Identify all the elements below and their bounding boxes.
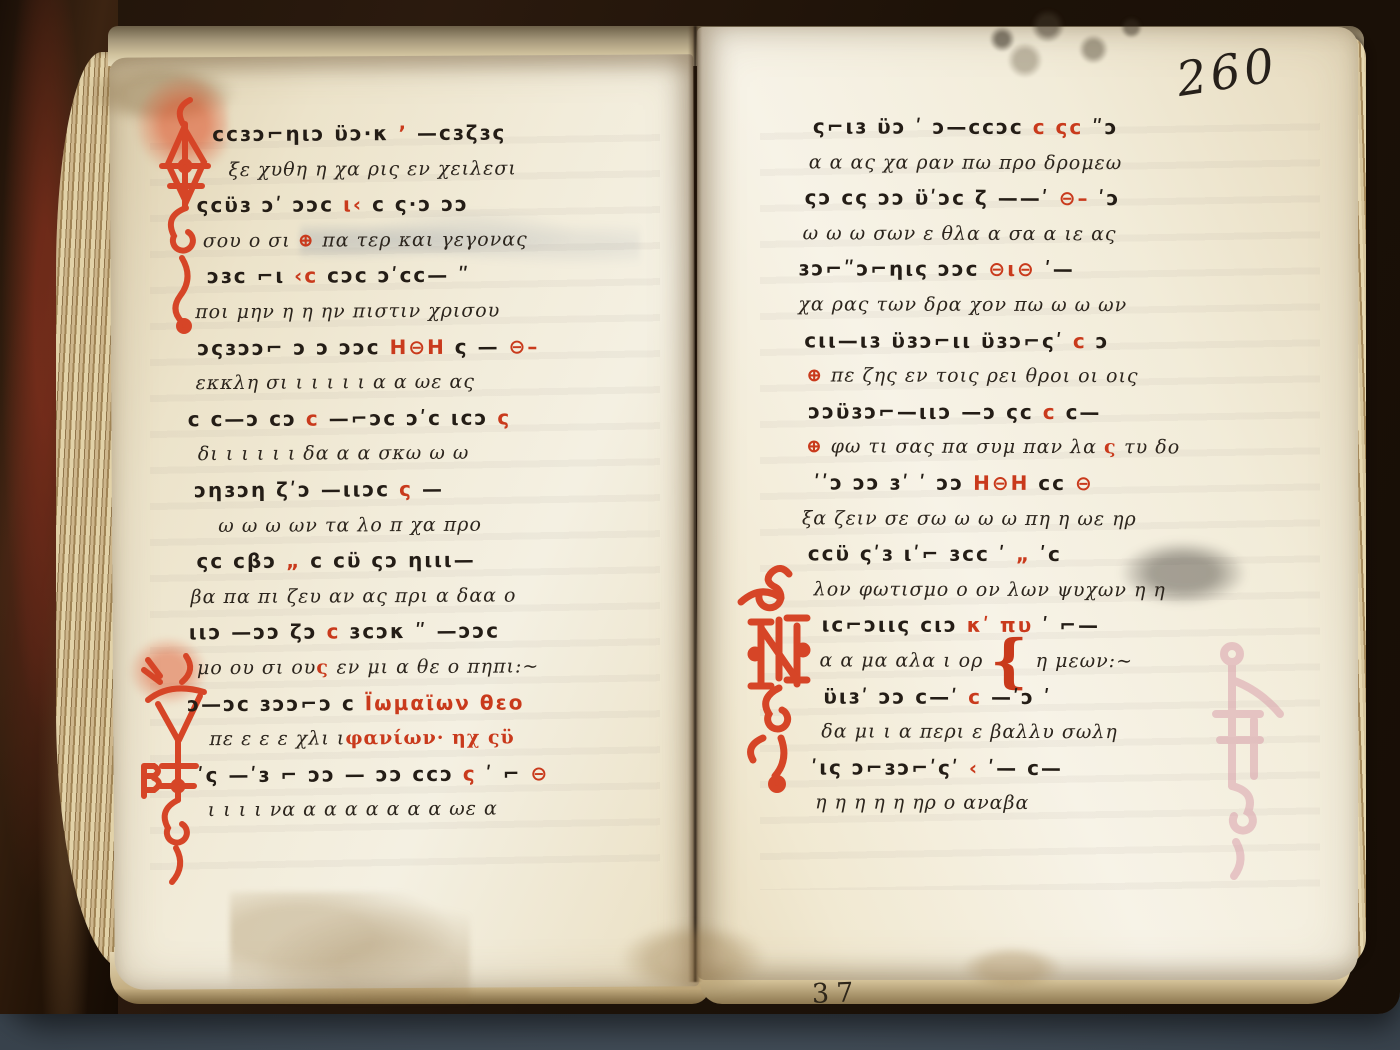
neume-line: ςɔ cς ɔɔ ϋʹɔc ζ ——ʹ ⊖– ʹɔ: [799, 181, 1279, 218]
lyric-line: λον φωτισμο ο ον λων ψυχων η η: [798, 572, 1278, 609]
rubric-segment: ⊖: [521, 761, 549, 785]
ink-segment: πε ζης εν τοις ρει θροι οι οις: [831, 365, 1139, 388]
ink-segment: ʹις ɔ⌐ɜɔ⌐ʹςʹ: [811, 755, 969, 779]
rubric-segment: c: [1073, 329, 1096, 353]
lyric-line: εκκλη σι ι ι ι ι ι α α ωε ας: [177, 364, 663, 402]
neume-line: ςc cβɔ „ c cϋ ςɔ ηιιι—: [178, 542, 664, 580]
ink-segment: ɜɔ⌐ʺɔ⌐ηις ɔɔc: [798, 257, 988, 281]
right-page-text-block: ς⌐ιɜ ϋɔ ʹ ɔ—ccɔc c ςc ʺɔα α ας χα ραν πω…: [797, 109, 1279, 822]
ink-segment: ɜcɔκ ʺ —ɔɔc: [349, 619, 500, 644]
ink-segment: ʹ— c—: [988, 756, 1063, 780]
ink-segment: δα μι ι α περι ε βαλλυ σωλη: [821, 721, 1118, 744]
ink-segment: βα πα πι ζευ αν ας πρι α δαα ο: [191, 584, 517, 608]
left-page-text-block: ccɜɔ⌐ηιɔ ϋɔ·κ ʼ —cɜζɜςξε χυθη η χα ρις ε…: [176, 115, 666, 829]
rubric-segment: ‹: [969, 756, 988, 780]
ink-segment: cc: [1038, 471, 1075, 495]
ink-segment: χα ρας των δρα χον πω ω ω ων: [798, 293, 1127, 316]
ink-segment: —cɜζɜς: [417, 121, 506, 145]
ink-segment: ʹ—: [1036, 257, 1075, 281]
ink-segment: ʹ ⌐—: [1033, 613, 1100, 637]
neume-line: ccϋ ςʹɜ ιʹ⌐ ɜcc ʹ „ ʹc: [798, 536, 1278, 573]
ink-segment: —: [422, 477, 444, 501]
rubric-segment: ‹c: [294, 264, 327, 288]
ink-segment: cιι—ιɜ ϋɜɔ⌐ιι ϋɜɔ⌐ςʹ: [804, 328, 1073, 353]
lyric-line: α α μα αλα ι ορ { η μεων:~: [797, 643, 1277, 680]
ink-segment: ιc⌐ɔιις cιɔ: [822, 613, 967, 637]
rubric-segment: c: [1043, 400, 1066, 424]
rubric-segment: ⊕: [806, 436, 831, 458]
ink-segment: μο ου σι ου: [197, 656, 316, 679]
lyric-line: πε ε ε ε χλι ιφανίων· ηχ ςϋ: [179, 720, 665, 758]
rubric-segment: Η⊖Η: [389, 334, 454, 358]
ink-segment: c ς·ɔ ɔɔ: [372, 192, 469, 217]
ink-segment: ʹɔ: [1089, 186, 1120, 210]
ink-segment: ςc cβɔ: [196, 549, 286, 573]
ink-segment: ςcϋɜ ɔʹ ɔɔc: [197, 193, 344, 218]
neume-line: ιιɔ —ɔɔ ζɔ c ɜcɔκ ʺ —ɔɔc: [179, 613, 665, 651]
ink-segment: ɔ: [1096, 329, 1110, 353]
ink-segment: δι ι ι ι ι ι δα α α σκω ω ω: [198, 442, 470, 465]
ink-segment: εν μι α θε ο πηπι:~: [336, 655, 539, 678]
lyric-line: η η η η η ηρ ο αναβα: [797, 786, 1277, 823]
ink-segment: τυ δο: [1124, 437, 1180, 459]
ink-segment: ξα ζειν σε σω ω ω ω πη η ωε ηρ: [802, 507, 1137, 530]
rubric-segment: „: [286, 549, 310, 573]
ink-segment: η η η η η ηρ ο αναβα: [815, 792, 1029, 815]
lyric-line: ξε χυθη η χα ρις εν χειλεσι: [176, 150, 662, 188]
neume-line: c c—ɔ cɔ c —⌐ɔc ɔʹc ιcɔ ς: [178, 399, 664, 437]
ink-segment: ccϋ ςʹɜ ιʹ⌐ ɜcc ʹ: [808, 542, 1016, 567]
lyric-line: ⊕ φω τι σας πα συμ παν λα ς τυ δο: [798, 430, 1278, 467]
ink-segment: α α μα αλα ι ορ: [819, 649, 990, 671]
lyric-line: ω ω ω ων τα λο π χα προ: [178, 506, 664, 544]
lyric-line: ποι μην η η ην πιστιν χρισου: [177, 293, 663, 331]
neume-line: ιc⌐ɔιις cιɔ κʹ πυ ʹ ⌐—: [798, 608, 1278, 645]
lyric-line: ι ι ι ι να α α α α α α α ωε α: [180, 791, 666, 829]
rubric-segment: ⊕: [298, 229, 323, 251]
neume-line: cιι—ιɜ ϋɜɔ⌐ιι ϋɜɔ⌐ςʹ c ɔ: [798, 323, 1278, 360]
ink-segment: ς —: [455, 334, 500, 358]
lyric-line: ξα ζειν σε σω ω ω ω πη η ωε ηρ: [798, 501, 1278, 538]
rubric-segment: c: [968, 684, 991, 708]
lyric-line: βα πα πι ζευ αν ας πρι α δαα ο: [179, 577, 665, 615]
ink-segment: ι ι ι ι να α α α α α α α ωε α: [208, 798, 498, 822]
neume-line: ς⌐ιɜ ϋɔ ʹ ɔ—ccɔc c ςc ʺɔ: [799, 109, 1279, 146]
rubric-segment: ς: [399, 477, 422, 501]
lyric-line: δι ι ι ι ι ι δα α α σκω ω ω: [178, 435, 664, 473]
ink-segment: ɔɜc ⌐ι: [207, 264, 294, 288]
neume-line: ɔηɜɔη ζʹɔ —ιιɔc ς —: [178, 471, 664, 509]
ink-segment: ξε χυθη η χα ρις εν χειλεσι: [228, 157, 516, 181]
neume-line: ccɜɔ⌐ηιɔ ϋɔ·κ ʼ —cɜζɜς: [176, 115, 662, 153]
lyric-line: α α ας χα ραν πω προ δρομεω: [799, 145, 1279, 182]
ink-segment: ɔ—ɔc ɜɔɔ⌐ɔ c: [187, 691, 365, 716]
rubric-segment: ⊖: [1075, 471, 1094, 495]
lyric-line: μο ου σι ους εν μι α θε ο πηπι:~: [179, 649, 665, 687]
book-gutter: [688, 26, 702, 982]
ink-segment: —⌐ɔc ɔʹc ιcɔ: [329, 405, 489, 430]
rubric-segment: ς: [488, 405, 511, 429]
neume-line: ɔ—ɔc ɜɔɔ⌐ɔ c Ϊωμαϊων θεο: [179, 684, 665, 722]
ink-segment: ω ω ω σων ε θλα α σα α ιε ας: [803, 222, 1117, 245]
lyric-line: ω ω ω σων ε θλα α σα α ιε ας: [799, 216, 1279, 253]
ink-segment: ʹc: [1040, 542, 1062, 566]
ink-segment: ɔɔϋɜɔ⌐—ιιɔ —ɔ ςc: [808, 399, 1043, 424]
rubric-segment: ⊖ι⊖: [988, 257, 1035, 281]
folio-number-bottom: 37: [811, 977, 860, 1010]
ink-segment: ʹ ⌐: [486, 761, 522, 785]
lyric-line: σου ο σι ⊕ πα τερ και γεγονας: [177, 222, 663, 260]
rubric-segment: ς: [463, 761, 486, 785]
ink-segment: φω τι σας πα συμ παν λα: [831, 436, 1104, 459]
neume-line: ɔɔϋɜɔ⌐—ιιɔ —ɔ ςc c c—: [798, 394, 1278, 431]
rubric-segment: ι‹: [343, 192, 372, 216]
ink-segment: η μεων:~: [1029, 650, 1133, 672]
lyric-line: χα ρας των δρα χον πω ω ω ων: [798, 287, 1278, 324]
ink-segment: λον φωτισμο ο ον λων ψυχων η η: [814, 578, 1166, 601]
ink-segment: ccɜɔ⌐ηιɔ ϋɔ·κ: [212, 121, 398, 146]
neume-line: ϋιɜʹ ɔɔ c—ʹ c —ʹɔ ʹ: [797, 679, 1277, 716]
neume-line: ɜɔ⌐ʺɔ⌐ηις ɔɔc ⊖ι⊖ ʹ—: [798, 252, 1278, 289]
lyric-line: ⊕ πε ζης εν τοις ρει θροι οι οις: [798, 359, 1278, 396]
neume-line: ʹʹɔ ɔɔ ɜʹ ʹ ɔɔ Η⊖Η cc ⊖: [798, 465, 1278, 502]
rubric-segment: ς: [1104, 437, 1124, 459]
ink-segment: ποι μην η η ην πιστιν χρισου: [195, 300, 500, 324]
ink-segment: ϋιɜʹ ɔɔ c—ʹ: [823, 684, 968, 708]
ink-segment: c—: [1066, 400, 1102, 424]
ink-segment: c cϋ ςɔ ηιιι—: [310, 548, 476, 573]
neume-line: ςcϋɜ ɔʹ ɔɔc ι‹ c ς·ɔ ɔɔ: [177, 186, 663, 224]
ink-segment: εκκλη σι ι ι ι ι ι α α ωε ας: [195, 371, 475, 394]
neume-line: ʹις ɔ⌐ɜɔ⌐ʹςʹ ‹ ʹ— c—: [797, 750, 1277, 787]
rubric-segment: ʼ: [398, 121, 417, 145]
rubric-segment: ⊖–: [1059, 186, 1090, 210]
ink-segment: —ʹɔ ʹ: [991, 684, 1052, 708]
ink-segment: σου ο σι: [203, 229, 298, 251]
rubric-segment: ⊖–: [500, 334, 540, 358]
ink-segment: cɔc ɔʹcc— ʺ: [327, 263, 471, 288]
rubric-segment: φανίων· ηχ ςϋ: [345, 727, 514, 750]
rubric-segment: c: [306, 406, 329, 430]
rubric-segment: c: [326, 620, 349, 644]
rubric-segment: „: [1016, 542, 1040, 566]
ink-segment: ʹς —ʹɜ ⌐ ɔɔ — ɔɔ ccɔ: [198, 761, 463, 786]
rubric-segment: ⊕: [806, 365, 831, 387]
ink-segment: ɔηɜɔη ζʹɔ —ιιɔc: [194, 477, 399, 502]
ink-segment: ʹʹɔ ɔɔ ɜʹ ʹ ɔɔ: [814, 470, 973, 494]
ink-segment: c c—ɔ cɔ: [188, 406, 306, 431]
neume-line: ɔɜc ⌐ι ‹c cɔc ɔʹcc— ʺ: [177, 257, 663, 295]
rubric-segment: c ςc: [1033, 115, 1084, 139]
neume-line: ɔςɜɔɔ⌐ ɔ ɔ ɔɔc Η⊖Η ς — ⊖–: [177, 328, 663, 366]
ink-segment: πε ε ε ε χλι ι: [209, 727, 345, 750]
ink-segment: ɔςɜɔɔ⌐ ɔ ɔ ɔɔc: [197, 335, 389, 360]
lyric-line: δα μι ι α περι ε βαλλυ σωλη: [797, 714, 1277, 751]
ink-segment: ς⌐ιɜ ϋɔ ʹ ɔ—ccɔc: [813, 114, 1033, 139]
ink-segment: πα τερ και γεγονας: [322, 228, 528, 251]
ink-segment: α α ας χα ραν πω προ δρομεω: [809, 151, 1123, 174]
ink-segment: ςɔ cς ɔɔ ϋʹɔc ζ ——ʹ: [805, 186, 1059, 211]
rubric-segment: Η⊖Η: [973, 471, 1038, 495]
ink-segment: ιιɔ —ɔɔ ζɔ: [189, 620, 327, 645]
rubric-segment: ς: [316, 656, 336, 678]
ink-segment: ω ω ω ων τα λο π χα προ: [218, 513, 482, 536]
ink-segment: ʺɔ: [1083, 115, 1118, 139]
rubric-segment: Ϊωμαϊων θεο: [365, 690, 525, 715]
neume-line: ʹς —ʹɜ ⌐ ɔɔ — ɔɔ ccɔ ς ʹ ⌐ ⊖: [179, 755, 665, 793]
